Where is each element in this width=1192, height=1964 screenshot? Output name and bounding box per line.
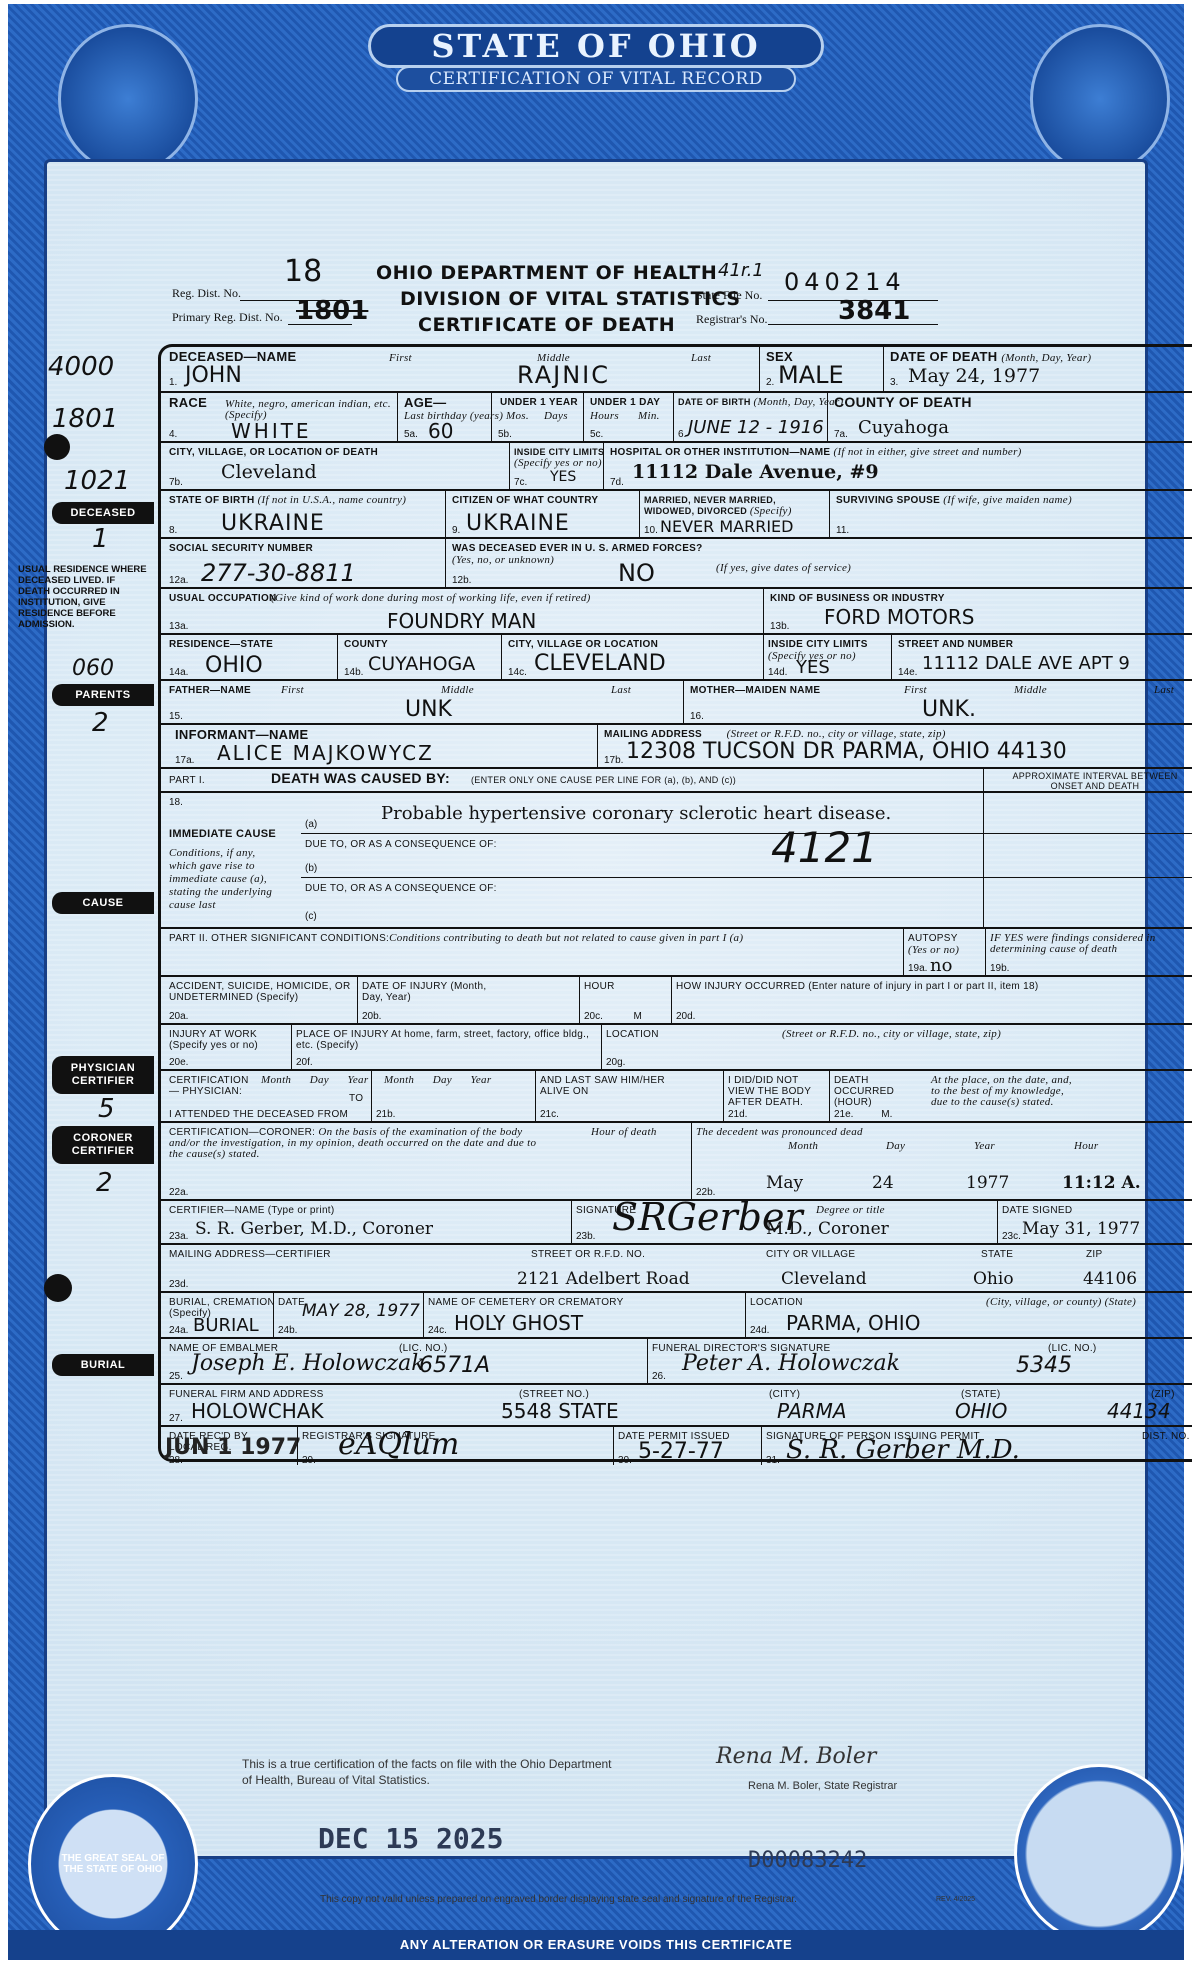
row-injury: ACCIDENT, SUICIDE, HOMICIDE, OR UNDETERM… xyxy=(161,975,1192,1023)
director-lic-value: 5345 xyxy=(1016,1353,1072,1378)
under-1-year-label: UNDER 1 YEAR xyxy=(500,397,578,408)
firm-city-value: PARMA xyxy=(777,1399,847,1423)
min-label: Min. xyxy=(638,410,660,422)
autopsy-label: AUTOPSY xyxy=(908,933,958,944)
degree-value: M.D., Coroner xyxy=(766,1219,889,1239)
registrar-line xyxy=(768,324,938,325)
firm-zip-value: 44134 xyxy=(1107,1399,1171,1423)
occurred-hour-label: DEATH OCCURRED (HOUR) xyxy=(834,1075,924,1108)
occupation-value: FOUNDRY MAN xyxy=(387,609,536,633)
permit-signature: S. R. Gerber M.D. xyxy=(786,1435,1020,1465)
embalmer-value: Joseph E. Holowczak xyxy=(191,1351,425,1376)
interval-values-cell xyxy=(983,793,1192,927)
res-city-label: CITY, VILLAGE OR LOCATION xyxy=(508,639,658,650)
part2-label: PART II. OTHER SIGNIFICANT CONDITIONS: xyxy=(169,933,389,944)
viewed-label: I DID/DID NOT VIEW THE BODY AFTER DEATH. xyxy=(728,1075,828,1108)
certification-statement: This is a true certification of the fact… xyxy=(242,1756,622,1788)
certifier-value: S. R. Gerber, M.D., Coroner xyxy=(195,1219,433,1239)
race-label: RACE xyxy=(169,395,207,410)
residence-note: USUAL RESIDENCE WHERE DECEASED LIVED. IF… xyxy=(18,564,148,630)
informant-name: ALICE MAJKOWYCZ xyxy=(217,741,434,765)
cemetery-value: HOLY GHOST xyxy=(454,1311,583,1335)
informant-label: INFORMANT—NAME xyxy=(175,729,308,740)
director-cell: FUNERAL DIRECTOR'S SIGNATURE (LIC. NO.) … xyxy=(647,1339,1192,1383)
row-informant: INFORMANT—NAME 17a. ALICE MAJKOWYCZ MAIL… xyxy=(161,723,1192,767)
margin-code: 2 xyxy=(92,708,109,738)
armed-value: NO xyxy=(618,559,655,587)
cause-title: DEATH WAS CAUSED BY: xyxy=(271,773,450,784)
injury-date-label: DATE OF INJURY (Month, Day, Year) xyxy=(362,981,502,1003)
pronounced-year: 1977 xyxy=(966,1173,1009,1193)
race-value: WHITE xyxy=(231,419,312,443)
day-label: Day xyxy=(886,1140,905,1152)
res-state-label: RESIDENCE—STATE xyxy=(169,639,273,650)
corner-ornament-left xyxy=(58,24,198,174)
margin-code: 2 xyxy=(96,1168,113,1198)
marital-hint: (Specify) xyxy=(750,505,792,517)
res-street-cell: STREET AND NUMBER 14e. 11112 DALE AVE AP… xyxy=(891,635,1192,679)
county-label: COUNTY OF DEATH xyxy=(834,397,972,408)
handwritten-note: 41r.1 xyxy=(718,260,764,281)
city-value: Cleveland xyxy=(221,461,317,483)
year-label: Year xyxy=(347,1074,368,1086)
section-tab-burial: BURIAL xyxy=(52,1354,154,1376)
cause-instruction: (ENTER ONLY ONE CAUSE PER LINE FOR (a), … xyxy=(471,775,736,786)
burial-location-value: PARMA, OHIO xyxy=(786,1311,920,1335)
ssn-value: 277-30-8811 xyxy=(201,559,356,587)
birth-state-label: STATE OF BIRTH xyxy=(169,495,255,506)
informant-address-cell: MAILING ADDRESS (Street or R.F.D. no., c… xyxy=(597,725,1192,767)
primary-reg-line xyxy=(288,324,352,325)
certifier-city-label: CITY OR VILLAGE xyxy=(766,1249,855,1260)
findings-label: IF YES were findings considered in deter… xyxy=(990,932,1156,955)
under-1-day-cell: UNDER 1 DAY Hours Min. 5c. xyxy=(583,393,673,441)
row-cause-body: 18. IMMEDIATE CAUSE Conditions, if any, … xyxy=(161,791,1192,927)
embalmer-lic-value: 6571A xyxy=(419,1353,490,1378)
signature-cell: SIGNATURE 23b. SRGerber Degree or title … xyxy=(571,1201,997,1243)
disposition-value: BURIAL xyxy=(193,1315,259,1336)
ink-blot xyxy=(44,434,70,460)
burial-location-cell: LOCATION (City, village, or county) (Sta… xyxy=(745,1293,1192,1337)
registrar-label: Registrar's No. xyxy=(696,312,767,327)
validity-notice: This copy not valid unless prepared on e… xyxy=(320,1894,797,1905)
date-of-death-cell: DATE OF DEATH (Month, Day, Year) 3. May … xyxy=(883,347,1192,391)
row-certifier: CERTIFIER—NAME (Type or print) 23a. S. R… xyxy=(161,1199,1192,1243)
armed-hint: (Yes, no, or unknown) xyxy=(452,554,554,566)
spouse-cell: SURVIVING SPOUSE (If wife, give maiden n… xyxy=(829,491,1192,537)
physician-statement: At the place, on the date, and, to the b… xyxy=(931,1074,1072,1108)
certifier-state-label: STATE xyxy=(981,1249,1013,1260)
ink-blot xyxy=(44,1274,72,1302)
county-value: Cuyahoga xyxy=(858,417,949,438)
injury-hour-cell: HOUR 20c. M xyxy=(579,977,671,1023)
marital-value: NEVER MARRIED xyxy=(660,517,793,536)
pronounced-cell: The decedent was pronounced dead Month D… xyxy=(691,1123,1192,1199)
res-county-cell: COUNTY 14b. CUYAHOGA xyxy=(337,635,501,679)
res-state-value: OHIO xyxy=(205,653,263,678)
sex-value: MALE xyxy=(778,361,844,389)
permit-date-cell: DATE PERMIT ISSUED 30. 5-27-77 xyxy=(613,1427,761,1465)
row-registration: DATE REC'D BY LOCAL REG. 28. JUN 1 1977 … xyxy=(161,1425,1192,1465)
cause-code: 4121 xyxy=(771,823,878,872)
injury-type-label: ACCIDENT, SUICIDE, HOMICIDE, OR UNDETERM… xyxy=(169,981,359,1003)
date-recd-value: JUN 1 1977 xyxy=(165,1435,301,1460)
cause-a-value: Probable hypertensive coronary sclerotic… xyxy=(381,803,891,824)
res-city-cell: CITY, VILLAGE OR LOCATION 14c. CLEVELAND xyxy=(501,635,763,679)
revision-code: REV. 4/2025 xyxy=(936,1896,975,1903)
pronounced-month: May xyxy=(766,1173,803,1193)
armed-hint-2: (If yes, give dates of service) xyxy=(716,562,851,574)
row-coroner: CERTIFICATION—CORONER: On the basis of t… xyxy=(161,1121,1192,1199)
section-tab-parents: PARENTS xyxy=(52,684,154,706)
city-label: CITY, VILLAGE, OR LOCATION OF DEATH xyxy=(169,447,378,458)
citizen-value: UKRAINE xyxy=(466,511,570,536)
citizen-label: CITIZEN OF WHAT COUNTRY xyxy=(452,495,598,506)
under-1-year-cell: UNDER 1 YEAR Mos. Days 5b. xyxy=(491,393,583,441)
burial-location-label: LOCATION xyxy=(750,1297,803,1308)
part2-hint: Conditions contributing to death but not… xyxy=(389,932,743,944)
row-embalmer: NAME OF EMBALMER (LIC. NO.) 25. Joseph E… xyxy=(161,1337,1192,1383)
mother-value: UNK. xyxy=(922,697,976,722)
firm-value: HOLOWCHAK xyxy=(191,1399,324,1423)
dist-no-label: DIST. NO. xyxy=(1142,1431,1190,1442)
hospital-hint: (If not in either, give street and numbe… xyxy=(833,446,1021,458)
res-county-value: CUYAHOGA xyxy=(368,653,475,675)
row-ssn: SOCIAL SECURITY NUMBER 12a. 277-30-8811 … xyxy=(161,537,1192,587)
division-title: DIVISION OF VITAL STATISTICS xyxy=(400,288,741,310)
director-value: Peter A. Holowczak xyxy=(682,1351,900,1376)
deceased-last-name: RAJNIC xyxy=(517,361,610,389)
father-label: FATHER—NAME xyxy=(169,685,251,696)
res-inside-label: INSIDE CITY LIMITS xyxy=(768,639,868,650)
margin-code: 5 xyxy=(98,1094,115,1124)
row-name: DECEASED—NAME First Middle Last 1. JOHN … xyxy=(161,347,1192,391)
issue-date-stamp: DEC 15 2025 xyxy=(318,1822,503,1855)
corner-ornament-right xyxy=(1030,24,1170,174)
mother-cell: MOTHER—MAIDEN NAME First Middle Last 16.… xyxy=(683,681,1192,723)
serial-number: D00083242 xyxy=(748,1848,867,1873)
certifier-zip: 44106 xyxy=(1083,1269,1137,1289)
deceased-first-name: JOHN xyxy=(185,363,242,388)
injury-place-cell: PLACE OF INJURY At home, farm, street, f… xyxy=(291,1025,601,1069)
state-seal: THE GREAT SEAL OF THE STATE OF OHIO xyxy=(28,1774,198,1954)
document-title: CERTIFICATE OF DEATH xyxy=(418,314,675,336)
certifier-zip-label: ZIP xyxy=(1086,1249,1102,1260)
marital-cell: MARRIED, NEVER MARRIED, WIDOWED, DIVORCE… xyxy=(639,491,829,537)
occurred-hour-cell: DEATH OCCURRED (HOUR) 21e. M. xyxy=(829,1071,925,1121)
state-file-label: State File No. xyxy=(696,288,762,303)
findings-cell: IF YES were findings considered in deter… xyxy=(985,929,1192,975)
dod-label: DATE OF DEATH xyxy=(890,349,997,364)
age-label: AGE— xyxy=(404,397,446,408)
autopsy-value: no xyxy=(930,955,952,976)
hospital-cell: HOSPITAL OR OTHER INSTITUTION—NAME (If n… xyxy=(603,443,1192,489)
month-label: Month xyxy=(384,1074,414,1086)
row-parents: FATHER—NAME First Middle Last 15. UNK MO… xyxy=(161,679,1192,723)
viewed-cell: I DID/DID NOT VIEW THE BODY AFTER DEATH.… xyxy=(723,1071,829,1121)
hospital-label: HOSPITAL OR OTHER INSTITUTION—NAME xyxy=(610,447,830,458)
date-of-death-value: May 24, 1977 xyxy=(908,365,1040,387)
date-of-birth-value: JUNE 12 - 1916 xyxy=(688,417,824,438)
section-tab-coroner: CORONER CERTIFIER xyxy=(52,1126,154,1164)
birth-state-hint: (If not in U.S.A., name country) xyxy=(258,494,407,506)
line-a xyxy=(301,833,983,834)
hour-of-death-label: Hour of death xyxy=(591,1126,657,1138)
name-label: DECEASED—NAME xyxy=(169,351,296,362)
row-injury-place: INJURY AT WORK (Specify yes or no) 20e. … xyxy=(161,1023,1192,1069)
place-label: PLACE OF INJURY At home, farm, street, f… xyxy=(296,1029,596,1051)
pronounced-hour: 11:12 A. xyxy=(1062,1173,1141,1193)
registrar-name: Rena M. Boler, State Registrar xyxy=(748,1780,897,1792)
registrar-sig-cell: REGISTRAR'S SIGNATURE 29. eAQlum xyxy=(297,1427,613,1465)
certifier-state: Ohio xyxy=(973,1269,1014,1289)
row-place-of-death: CITY, VILLAGE, OR LOCATION OF DEATH 7b. … xyxy=(161,441,1192,489)
margin-code: 4000 xyxy=(48,352,114,382)
row-race: RACE White, negro, american indian, etc.… xyxy=(161,391,1192,441)
ohio-map-seal xyxy=(1014,1764,1184,1944)
last-label: Last xyxy=(691,352,711,364)
hours-label: Hours xyxy=(590,410,619,422)
physician-to-cell: Month Day Year 21b. xyxy=(371,1071,535,1121)
certifier-mailing-label: MAILING ADDRESS—CERTIFIER xyxy=(169,1249,331,1260)
due-to-label-b: DUE TO, OR AS A CONSEQUENCE OF: xyxy=(305,839,497,850)
reg-dist-value: 18 xyxy=(284,254,322,289)
res-city-value: CLEVELAND xyxy=(534,651,666,676)
business-label: KIND OF BUSINESS OR INDUSTRY xyxy=(770,593,945,604)
citizen-cell: CITIZEN OF WHAT COUNTRY 9. UKRAINE xyxy=(445,491,639,537)
month-label: Month xyxy=(788,1140,818,1152)
section-tab-physician: PHYSICIAN CERTIFIER xyxy=(52,1056,154,1094)
mother-label: MOTHER—MAIDEN NAME xyxy=(690,685,820,696)
primary-reg-value: 1801 xyxy=(296,296,368,326)
year-label: Year xyxy=(974,1140,995,1152)
state-banner: STATE OF OHIO xyxy=(368,24,824,68)
res-inside-cell: INSIDE CITY LIMITS (Specify yes or no) 1… xyxy=(763,635,891,679)
location-label: LOCATION xyxy=(606,1029,659,1040)
due-to-label-c: DUE TO, OR AS A CONSEQUENCE OF: xyxy=(305,883,497,894)
race-hint: White, negro, american indian, etc. (Spe… xyxy=(225,398,391,421)
cemetery-label: NAME OF CEMETERY OR CREMATORY xyxy=(428,1297,624,1308)
occupation-label: USUAL OCCUPATION xyxy=(169,593,277,604)
margin-code: 1 xyxy=(92,524,109,554)
pronounced-day: 24 xyxy=(872,1173,894,1193)
armed-label: WAS DECEASED EVER IN U. S. ARMED FORCES? xyxy=(452,543,703,554)
row-physician: CERTIFICATION— PHYSICIAN: Month Day Year… xyxy=(161,1069,1192,1121)
inside-limits-value: YES xyxy=(550,469,576,485)
physician-cert-label: CERTIFICATION— PHYSICIAN: xyxy=(169,1075,249,1097)
certifier-street: 2121 Adelbert Road xyxy=(517,1269,690,1289)
day-label: Day xyxy=(310,1074,329,1086)
informant-address: 12308 TUCSON DR PARMA, OHIO 44130 xyxy=(626,739,1067,764)
age-hint: Last birthday (years) xyxy=(404,410,503,422)
business-cell: KIND OF BUSINESS OR INDUSTRY 13b. FORD M… xyxy=(763,589,1192,633)
injury-date-cell: DATE OF INJURY (Month, Day, Year) 20b. xyxy=(357,977,579,1023)
margin-code: 1021 xyxy=(64,466,130,496)
birth-state-value: UKRAINE xyxy=(221,511,325,536)
degree-label: Degree or title xyxy=(816,1204,885,1216)
inside-limits-cell: INSIDE CITY LIMITS (Specify yes or no) 7… xyxy=(509,443,603,489)
first-label: First xyxy=(389,352,412,364)
injury-location-cell: LOCATION (Street or R.F.D. no., city or … xyxy=(601,1025,1192,1069)
last-saw-label: AND LAST SAW HIM/HER ALIVE ON xyxy=(540,1075,690,1097)
spouse-hint: (If wife, give maiden name) xyxy=(943,494,1072,506)
day-label: Day xyxy=(433,1074,452,1086)
spouse-label: SURVIVING SPOUSE xyxy=(836,495,940,506)
hospital-value: 11112 Dale Avenue, #9 xyxy=(632,461,879,483)
burial-date-value: MAY 28, 1977 xyxy=(302,1301,420,1321)
mos-label: Mos. xyxy=(506,410,529,422)
burial-date-cell: DATE 24b. MAY 28, 1977 xyxy=(273,1293,423,1337)
date-signed-label: DATE SIGNED xyxy=(1002,1205,1072,1216)
immediate-cause-label: IMMEDIATE CAUSE xyxy=(169,829,276,840)
father-first-label: First xyxy=(281,684,304,696)
row-certifier-address: MAILING ADDRESS—CERTIFIER STREET OR R.F.… xyxy=(161,1243,1192,1291)
date-of-birth-cell: DATE OF BIRTH (Month, Day, Year) 6. JUNE… xyxy=(673,393,827,441)
dept-title: OHIO DEPARTMENT OF HEALTH xyxy=(376,262,717,284)
death-certificate-form: DECEASED—NAME First Middle Last 1. JOHN … xyxy=(158,344,1192,1462)
pronounced-label: The decedent was pronounced dead xyxy=(696,1126,863,1138)
injury-how-label: HOW INJURY OCCURRED (Enter nature of inj… xyxy=(676,981,1038,992)
days-label: Days xyxy=(544,410,568,422)
row-part2: PART II. OTHER SIGNIFICANT CONDITIONS:Co… xyxy=(161,927,1192,975)
age-value: 60 xyxy=(428,419,453,443)
row-burial: BURIAL, CREMATION (Specify) 24a. BURIAL … xyxy=(161,1291,1192,1337)
registrar-signature-footer: Rena M. Boler xyxy=(716,1744,876,1769)
row-birth: STATE OF BIRTH (If not in U.S.A., name c… xyxy=(161,489,1192,537)
certifier-label: CERTIFIER—NAME (Type or print) xyxy=(169,1205,335,1216)
certifier-city: Cleveland xyxy=(781,1269,867,1289)
age-cell: AGE— Last birthday (years) 5a. 60 xyxy=(397,393,491,441)
permit-date-value: 5-27-77 xyxy=(638,1439,724,1464)
sex-cell: SEX 2. MALE xyxy=(759,347,883,391)
inside-limits-hint: (Specify yes or no) xyxy=(514,457,602,469)
firm-street-value: 5548 STATE xyxy=(501,1399,619,1423)
county-of-death-cell: COUNTY OF DEATH 7a. Cuyahoga xyxy=(827,393,1192,441)
res-street-label: STREET AND NUMBER xyxy=(898,639,1013,650)
certification-banner: CERTIFICATION OF VITAL RECORD xyxy=(396,66,796,92)
business-value: FORD MOTORS xyxy=(824,605,974,629)
margin-code: 1801 xyxy=(52,404,118,434)
registrar-signature: eAQlum xyxy=(338,1427,459,1462)
cemetery-cell: NAME OF CEMETERY OR CREMATORY 24c. HOLY … xyxy=(423,1293,745,1337)
attended-label: I ATTENDED THE DECEASED FROM xyxy=(169,1109,348,1120)
ssn-label: SOCIAL SECURITY NUMBER xyxy=(169,543,313,554)
dod-hint: (Month, Day, Year) xyxy=(1001,352,1091,364)
margin-code: 060 xyxy=(72,656,114,681)
burial-location-hint: (City, village, or county) (State) xyxy=(986,1296,1136,1308)
reg-dist-label: Reg. Dist. No. xyxy=(172,286,241,301)
row-cause-header: PART I. DEATH WAS CAUSED BY: (ENTER ONLY… xyxy=(161,767,1192,791)
mother-first-label: First xyxy=(904,684,927,696)
father-middle-label: Middle xyxy=(441,684,474,696)
seal-text: THE GREAT SEAL OF THE STATE OF OHIO xyxy=(31,1777,195,1951)
location-hint: (Street or R.F.D. no., city or village, … xyxy=(782,1028,1001,1040)
armed-forces-cell: WAS DECEASED EVER IN U. S. ARMED FORCES?… xyxy=(445,539,1192,587)
certificate-border: STATE OF OHIO CERTIFICATION OF VITAL REC… xyxy=(8,4,1184,1960)
injury-hour-label: HOUR xyxy=(584,981,615,992)
to-label: TO xyxy=(349,1093,363,1104)
row-funeral-firm: FUNERAL FIRM AND ADDRESS (STREET NO.) (C… xyxy=(161,1383,1192,1425)
at-work-label: INJURY AT WORK (Specify yes or no) xyxy=(169,1029,289,1051)
row-occupation: USUAL OCCUPATION (Give kind of work done… xyxy=(161,587,1192,633)
state-file-value: 040214 xyxy=(784,268,906,296)
interval-cell: APPROXIMATE INTERVAL BETWEEN ONSET AND D… xyxy=(983,769,1192,791)
section-tab-deceased: DECEASED xyxy=(52,502,154,524)
conditions-note: Conditions, if any, which gave rise to i… xyxy=(169,847,272,911)
permit-sig-cell: SIGNATURE OF PERSON ISSUING PERMIT DIST.… xyxy=(761,1427,1192,1465)
section-tab-cause: CAUSE xyxy=(52,892,154,914)
father-value: UNK xyxy=(405,697,452,722)
registrar-value: 3841 xyxy=(838,296,910,326)
certifier-street-label: STREET OR R.F.D. NO. xyxy=(531,1249,645,1260)
under-1-day-label: UNDER 1 DAY xyxy=(590,397,660,408)
date-signed-value: May 31, 1977 xyxy=(1022,1219,1140,1239)
line-b xyxy=(301,877,983,878)
primary-reg-label: Primary Reg. Dist. No. xyxy=(172,310,283,325)
part1-label: PART I. xyxy=(169,775,205,786)
father-last-label: Last xyxy=(611,684,631,696)
firm-state-value: OHIO xyxy=(955,1399,1007,1423)
bottom-banner: ANY ALTERATION OR ERASURE VOIDS THIS CER… xyxy=(8,1930,1184,1960)
last-saw-cell: AND LAST SAW HIM/HER ALIVE ON 21c. xyxy=(535,1071,723,1121)
month-label: Month xyxy=(261,1074,291,1086)
year-label: Year xyxy=(470,1074,491,1086)
mother-middle-label: Middle xyxy=(1014,684,1047,696)
injury-how-cell: HOW INJURY OCCURRED (Enter nature of inj… xyxy=(671,977,1192,1023)
mother-last-label: Last xyxy=(1154,684,1174,696)
res-inside-value: YES xyxy=(796,657,830,678)
occupation-hint: (Give kind of work done during most of w… xyxy=(271,592,591,604)
autopsy-cell: AUTOPSY (Yes or no) 19a. no xyxy=(903,929,985,975)
res-county-label: COUNTY xyxy=(344,639,388,650)
interval-label: APPROXIMATE INTERVAL BETWEEN ONSET AND D… xyxy=(1000,771,1190,791)
row-residence: RESIDENCE—STATE 14a. OHIO COUNTY 14b. CU… xyxy=(161,633,1192,679)
date-signed-cell: DATE SIGNED 23c. May 31, 1977 xyxy=(997,1201,1192,1243)
dob-label: DATE OF BIRTH xyxy=(678,397,751,407)
res-street-value: 11112 DALE AVE APT 9 xyxy=(922,653,1130,674)
